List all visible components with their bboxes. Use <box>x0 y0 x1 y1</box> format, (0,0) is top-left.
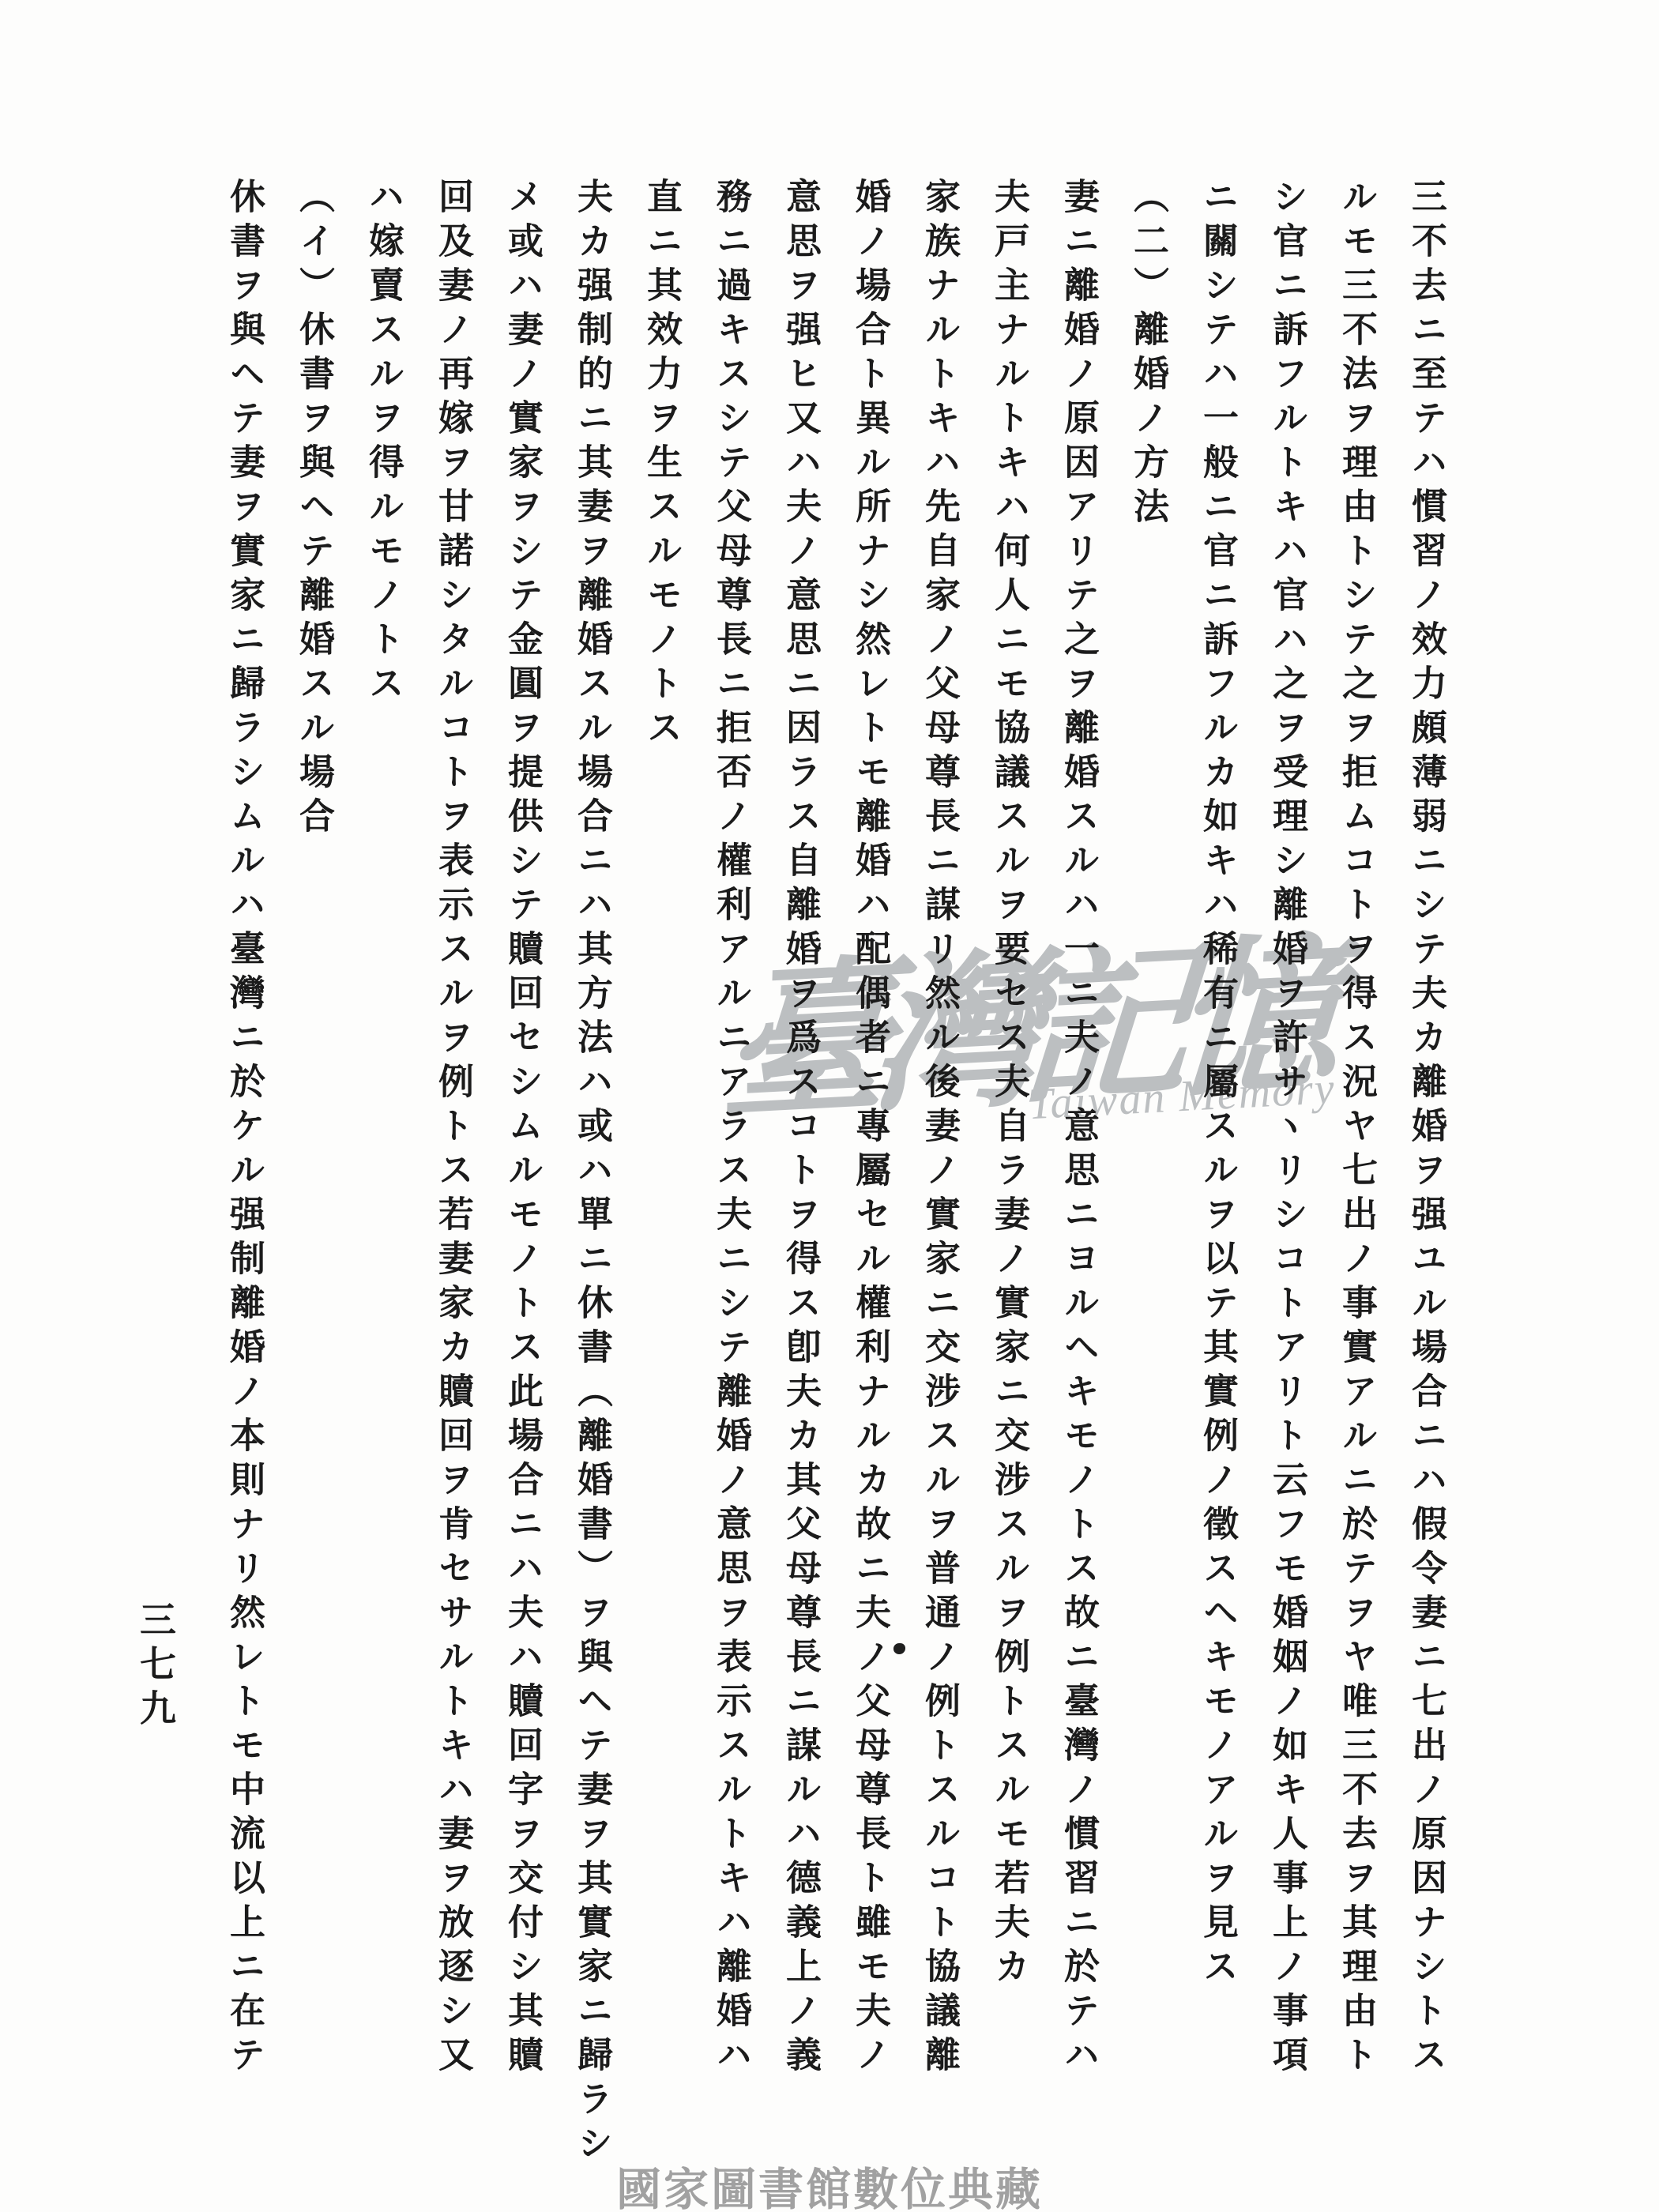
text-column: 家族ナルトキハ先自家ノ父母尊長ニ謀リ然ル後妻ノ實家ニ交涉スルヲ普通ノ例トスルコト… <box>921 178 957 2105</box>
section-heading-column: （イ）休書ヲ與ヘテ離婚スル場合 <box>295 178 331 2105</box>
library-watermark: 國家圖書館數位典藏 <box>616 2154 1043 2212</box>
vertical-text-block: 三不去ニ至テハ慣習ノ效力頗薄弱ニシテ夫カ離婚ヲ强ユル場合ニハ假令妻ニ七出ノ原因ナ… <box>226 178 1443 2105</box>
text-column: 妻ニ離婚ノ原因アリテ之ヲ離婚スルハ一ニ夫ノ意思ニヨルヘキモノトス故ニ臺灣ノ慣習ニ… <box>1060 178 1096 2105</box>
text-column: 務ニ過キスシテ父母尊長ニ拒否ノ權利アルニアラス夫ニシテ離婚ノ意思ヲ表示スルトキハ… <box>713 178 748 2105</box>
section-heading-column: （二）離婚ノ方法 <box>1130 178 1165 2105</box>
page-number: 三七九 <box>129 1601 181 1733</box>
text-column: 休書ヲ與ヘテ妻ヲ實家ニ歸ラシムルハ臺灣ニ於ケル强制離婚ノ本則ナリ然レトモ中流以上… <box>226 178 261 2105</box>
text-column: 意思ヲ强ヒ又ハ夫ノ意思ニ因ラス自離婚ヲ爲スコトヲ得ス卽夫カ其父母尊長ニ謀ルハ德義… <box>782 178 818 2105</box>
text-column: 回及妻ノ再嫁ヲ甘諾シタルコトヲ表示スルヲ例トス若妻家カ贖回ヲ肯セサルトキハ妻ヲ放… <box>434 178 470 2105</box>
text-column: 直ニ其效力ヲ生スルモノトス <box>643 178 679 2105</box>
text-column: 三不去ニ至テハ慣習ノ效力頗薄弱ニシテ夫カ離婚ヲ强ユル場合ニハ假令妻ニ七出ノ原因ナ… <box>1408 178 1443 2105</box>
text-column: 婚ノ場合ト異ル所ナシ然レトモ離婚ハ配偶者ニ專屬セル權利ナルカ故ニ夫ノ父母尊長ト雖… <box>852 178 887 2105</box>
text-column: シ官ニ訴フルトキハ官ハ之ヲ受理シ離婚ヲ許サヽリシコトアリト云フモ婚姻ノ如キ人事上… <box>1269 178 1304 2105</box>
scanned-document-page: 臺灣記憶 Taiwan Memory 三不去ニ至テハ慣習ノ效力頗薄弱ニシテ夫カ離… <box>0 0 1659 2212</box>
text-column: 夫カ强制的ニ其妻ヲ離婚スル場合ニハ其方法ハ或ハ單ニ休書（離婚書）ヲ與ヘテ妻ヲ其實… <box>574 178 609 2105</box>
text-column: メ或ハ妻ノ實家ヲシテ金圓ヲ提供シテ贖回セシムルモノトス此場合ニハ夫ハ贖回字ヲ交付… <box>504 178 540 2105</box>
text-column: 夫戸主ナルトキハ何人ニモ協議スルヲ要セス夫自ラ妻ノ實家ニ交涉スルヲ例トスルモ若夫… <box>991 178 1026 2105</box>
text-column: ルモ三不法ヲ理由トシテ之ヲ拒ムコトヲ得ス況ヤ七出ノ事實アルニ於テヲヤ唯三不去ヲ其… <box>1338 178 1374 2105</box>
text-column: ハ嫁賣スルヲ得ルモノトス <box>365 178 401 2105</box>
text-column: ニ關シテハ一般ニ官ニ訴フルカ如キハ稀有ニ屬スルヲ以テ其實例ノ徵スヘキモノアルヲ見… <box>1199 178 1235 2105</box>
